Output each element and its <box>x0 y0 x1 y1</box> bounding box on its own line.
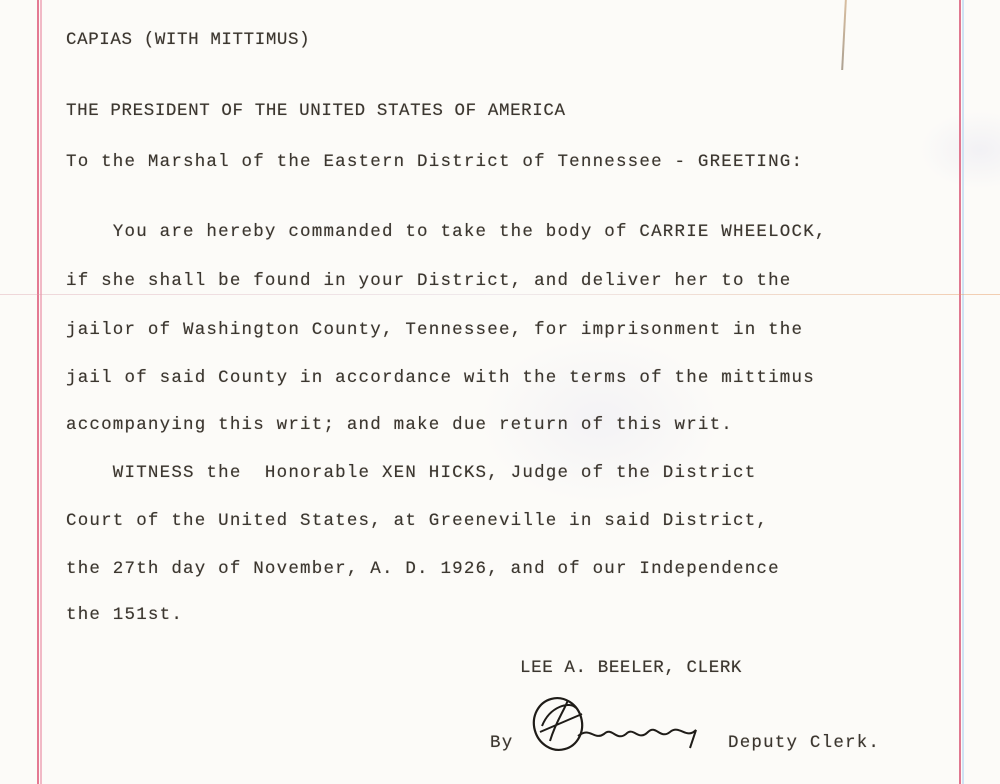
right-margin-rule <box>959 0 961 784</box>
document-page: CAPIAS (WITH MITTIMUS) THE PRESIDENT OF … <box>0 0 1000 784</box>
by-label: By <box>490 733 513 753</box>
salutation-line-2: To the Marshal of the Eastern District o… <box>66 152 803 172</box>
paper-fold-line <box>0 294 1000 295</box>
command-line: if she shall be found in your District, … <box>66 271 792 291</box>
salutation-line-1: THE PRESIDENT OF THE UNITED STATES OF AM… <box>66 101 566 121</box>
paper-crease <box>841 0 847 70</box>
clerk-name: LEE A. BEELER, CLERK <box>520 658 742 678</box>
document-title: CAPIAS (WITH MITTIMUS) <box>66 30 310 50</box>
command-line: accompanying this writ; and make due ret… <box>66 415 733 435</box>
left-margin-rule <box>37 0 39 784</box>
witness-line: WITNESS the Honorable XEN HICKS, Judge o… <box>66 463 756 483</box>
witness-line: the 27th day of November, A. D. 1926, an… <box>66 559 780 579</box>
command-line: jailor of Washington County, Tennessee, … <box>66 320 803 340</box>
handwritten-signature <box>520 686 720 756</box>
witness-line: Court of the United States, at Greenevil… <box>66 511 768 531</box>
command-line: jail of said County in accordance with t… <box>66 368 815 388</box>
witness-line: the 151st. <box>66 605 183 625</box>
command-line: You are hereby commanded to take the bod… <box>66 222 827 242</box>
deputy-clerk-label: Deputy Clerk. <box>728 733 880 753</box>
